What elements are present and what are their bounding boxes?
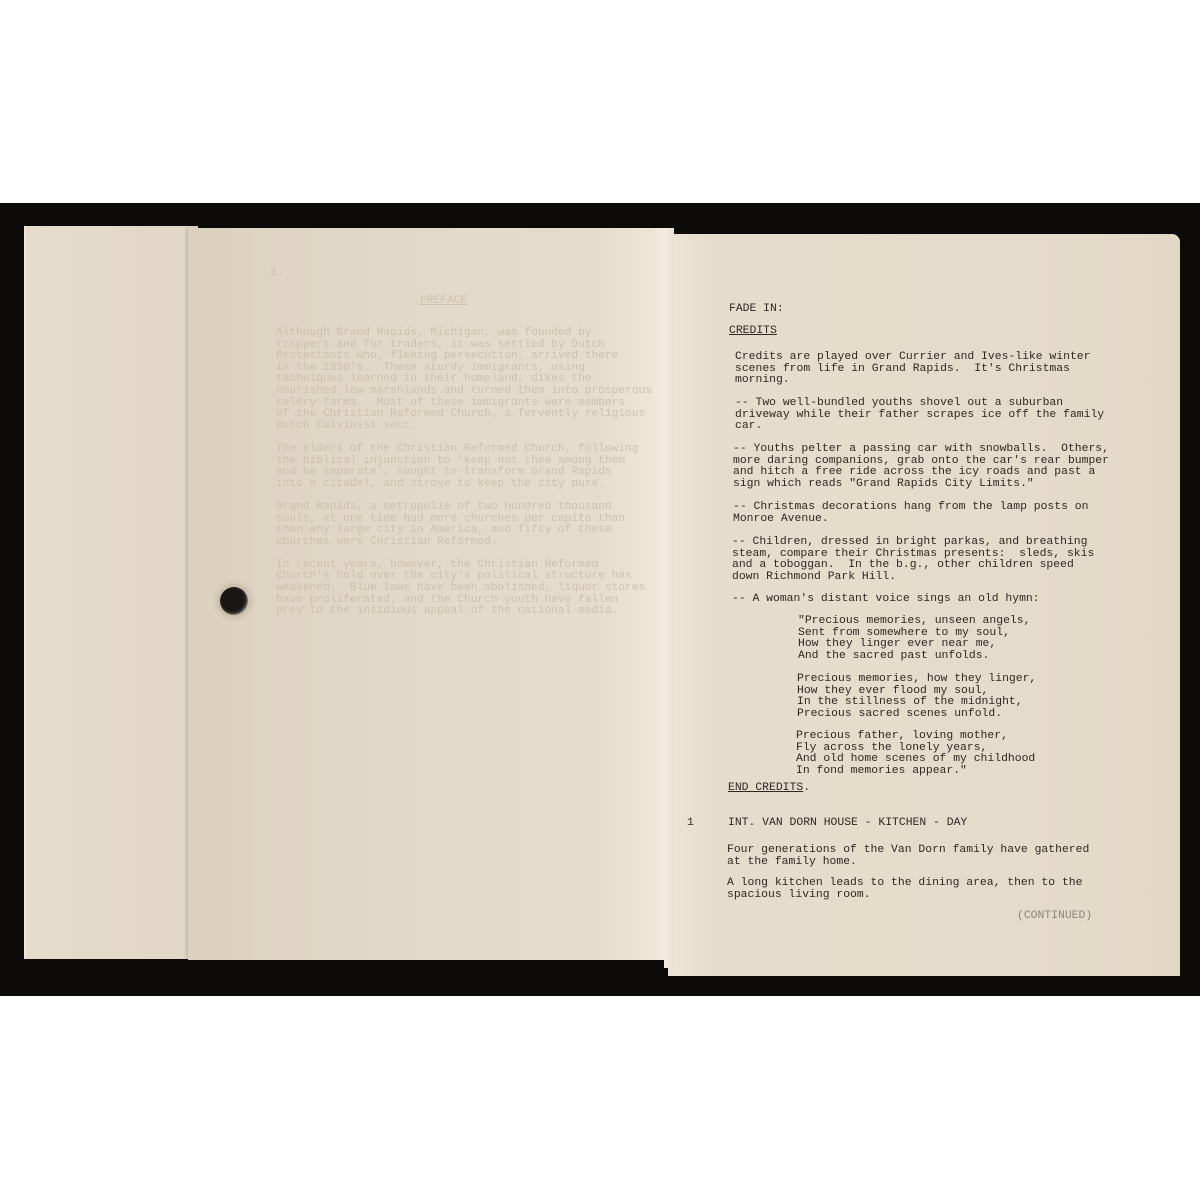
end-credits-period: . xyxy=(803,782,810,794)
scene-heading: INT. VAN DORN HOUSE - KITCHEN - DAY xyxy=(728,818,967,830)
hymn-stanza: "Precious memories, unseen angels, Sent … xyxy=(798,616,1030,662)
credits-paragraph: -- Youths pelter a passing car with snow… xyxy=(733,444,1109,490)
binding-grommet-icon xyxy=(220,587,248,615)
scene-paragraph: A long kitchen leads to the dining area,… xyxy=(727,878,1082,901)
credits-heading: CREDITS xyxy=(729,326,777,338)
left-page-heading: PREFACE xyxy=(420,296,467,308)
credits-paragraph: Credits are played over Currier and Ives… xyxy=(735,352,1090,387)
hymn-stanza: Precious father, loving mother, Fly acro… xyxy=(796,731,1035,777)
credits-paragraph: -- Christmas decorations hang from the l… xyxy=(733,502,1088,525)
end-credits: END CREDITS. xyxy=(728,783,810,795)
back-cover-edge xyxy=(24,226,198,959)
hymn-stanza: Precious memories, how they linger, How … xyxy=(797,674,1036,720)
transition-fade-in: FADE IN: xyxy=(729,304,784,316)
credits-paragraph: -- Children, dressed in bright parkas, a… xyxy=(732,537,1094,583)
scene-number: 1 xyxy=(687,818,694,830)
credits-paragraph: -- A woman's distant voice sings an old … xyxy=(732,594,1040,606)
page-fold xyxy=(664,228,674,968)
credits-paragraph: -- Two well-bundled youths shovel out a … xyxy=(735,398,1104,433)
scene-paragraph: Four generations of the Van Dorn family … xyxy=(727,845,1089,868)
left-page-bleed-text: Although Grand Rapids, Michigan, was fou… xyxy=(276,328,652,618)
end-credits-label: END CREDITS xyxy=(728,782,803,794)
continued-marker: (CONTINUED) xyxy=(1017,911,1092,923)
left-page-number: 2. xyxy=(270,268,283,280)
